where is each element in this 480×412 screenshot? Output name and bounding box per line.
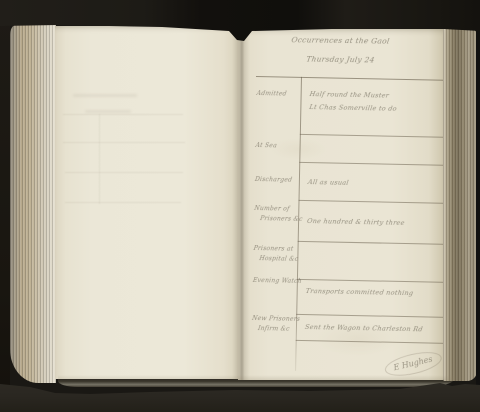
- row-entry: Sent the Wagon to Charleston Rd: [304, 323, 423, 333]
- showthrough-line: [63, 114, 183, 115]
- row-label: Evening Watch: [252, 277, 302, 285]
- showthrough-text-smudge: [85, 110, 131, 113]
- row-label: Prisoners at: [253, 245, 294, 253]
- showthrough-line: [65, 202, 181, 203]
- row-label: Infirm &c: [257, 325, 290, 333]
- bottom-page-edges: [58, 375, 454, 387]
- row-entry: Lt Chas Somerville to do: [309, 103, 398, 113]
- table-row: Number of Prisoners &c One hundred & thi…: [253, 200, 449, 245]
- left-page-edge-stack: [10, 25, 56, 383]
- ledger-table: Admitted Half round the Muster Lt Chas S…: [250, 76, 451, 380]
- table-row: Evening Watch Transports committed nothi…: [251, 279, 447, 318]
- row-label: At Sea: [255, 142, 277, 149]
- background-left-band: [0, 0, 10, 412]
- ledger-header-date: Thursday July 24: [238, 54, 444, 66]
- ledger-header-title: Occurrences at the Gaol: [238, 35, 444, 47]
- row-entry: Half round the Muster: [309, 90, 390, 100]
- open-book: Occurrences at the Gaol Thursday July 24…: [10, 25, 477, 388]
- row-label: Number of: [254, 205, 290, 213]
- table-row: Admitted Half round the Muster Lt Chas S…: [255, 76, 451, 138]
- background-right-band: [476, 0, 480, 412]
- showthrough-line: [65, 172, 183, 173]
- table-row: New Prisoners Infirm &c Sent the Wagon t…: [251, 314, 446, 344]
- row-label: Discharged: [254, 176, 292, 184]
- row-label: Prisoners &c: [260, 215, 304, 223]
- showthrough-line: [63, 142, 185, 143]
- row-entry: One hundred & thirty three: [306, 217, 405, 227]
- photograph-background: Occurrences at the Gaol Thursday July 24…: [0, 0, 480, 412]
- showthrough-text-smudge: [73, 94, 137, 97]
- book-gutter: [232, 25, 250, 380]
- row-separator: [296, 340, 446, 344]
- row-entry: Transports committed nothing: [305, 287, 414, 297]
- showthrough-line: [99, 114, 100, 204]
- table-row: Discharged All as usual: [254, 162, 450, 204]
- row-label: New Prisoners: [252, 315, 301, 323]
- right-ledger-page: Occurrences at the Gaol Thursday July 24…: [238, 29, 443, 380]
- left-blank-page: [55, 26, 238, 379]
- right-page-edge-stack: [443, 29, 477, 381]
- row-label: Admitted: [256, 90, 287, 98]
- row-label: Hospital &c: [259, 255, 299, 263]
- table-row: At Sea: [254, 134, 450, 166]
- row-entry: All as usual: [307, 178, 349, 187]
